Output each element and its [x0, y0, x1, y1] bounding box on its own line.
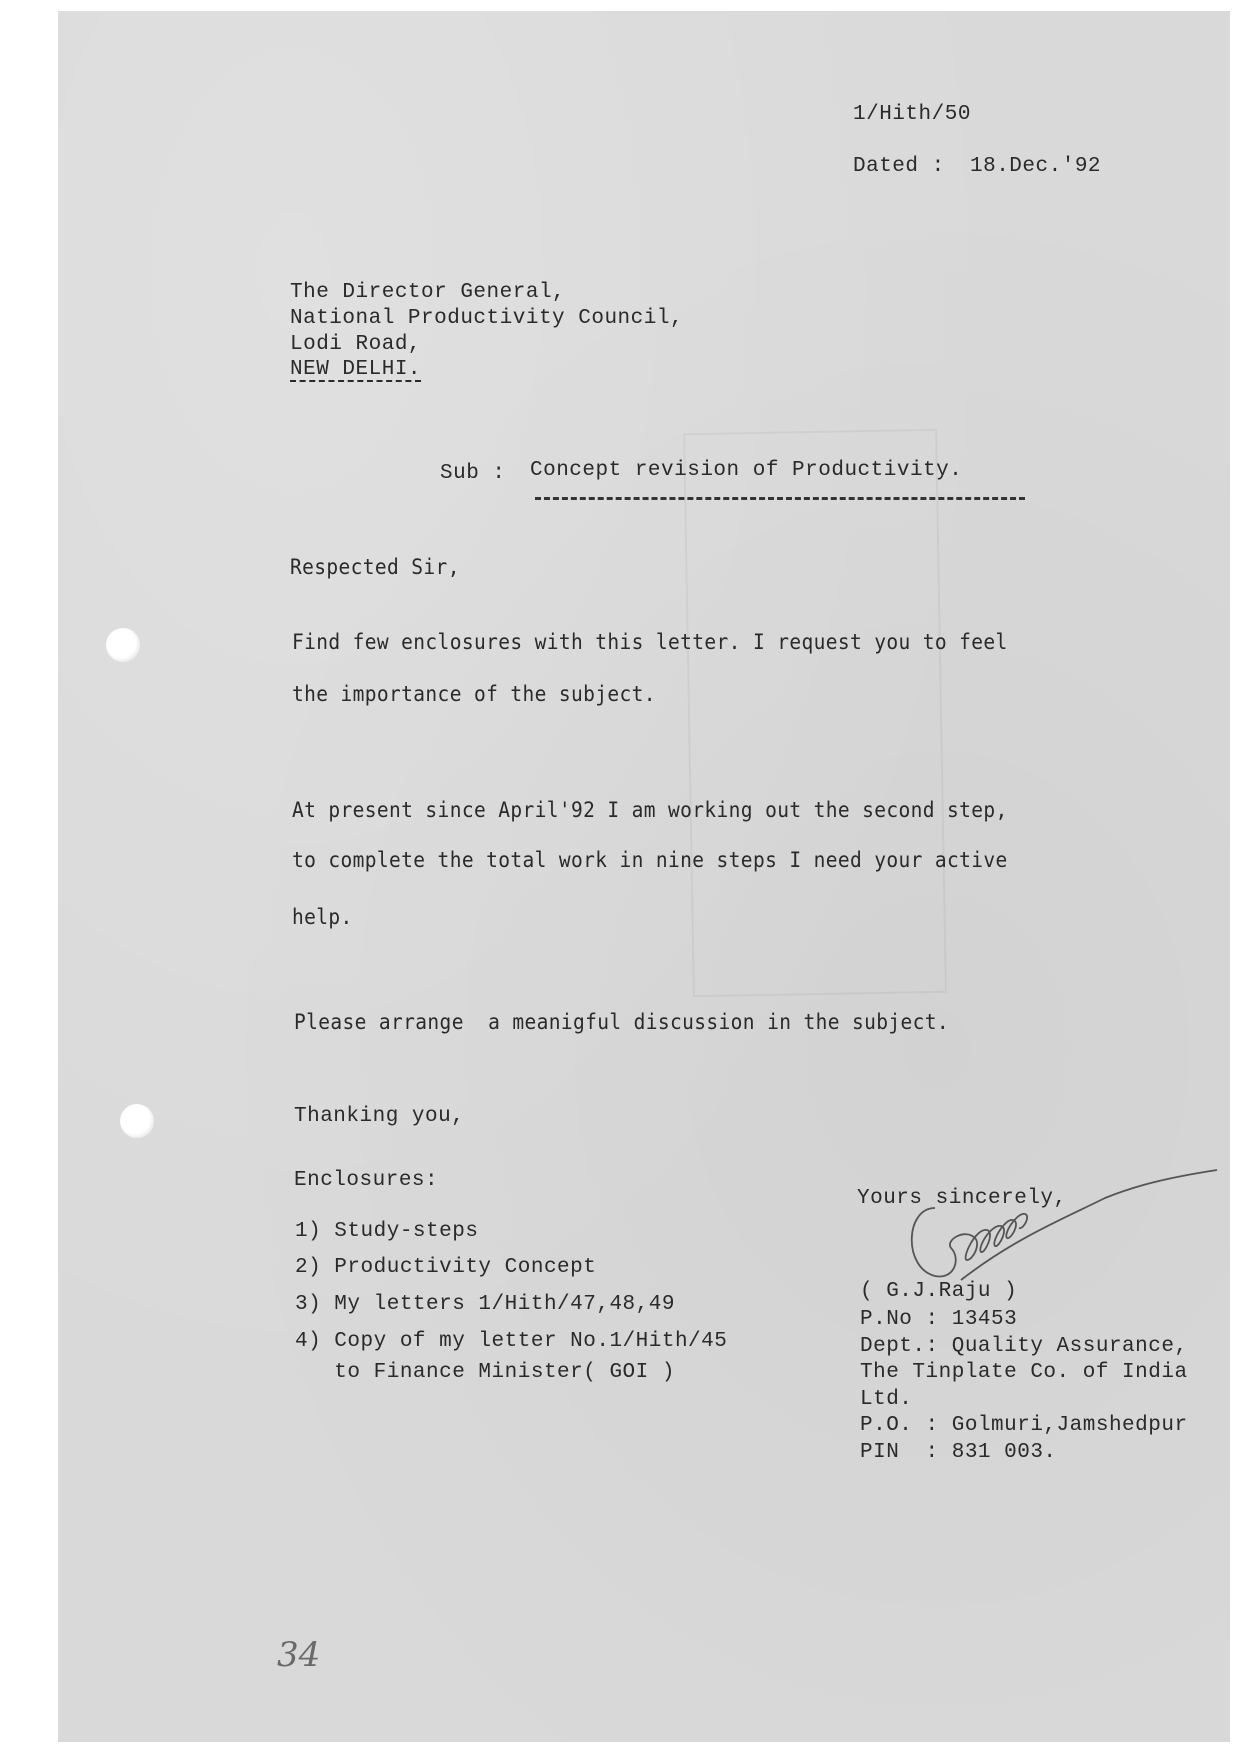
subject-label: Sub :: [440, 462, 506, 485]
sender-post-office: P.O. : Golmuri,Jamshedpur: [860, 1414, 1188, 1437]
enclosure-item-2: 2) Productivity Concept: [295, 1256, 596, 1279]
enclosure-item-1: 1) Study-steps: [295, 1220, 478, 1243]
enclosure-item-4-cont: to Finance Minister( GOI ): [295, 1361, 675, 1384]
enclosure-item-4: 4) Copy of my letter No.1/Hith/45: [295, 1330, 727, 1353]
enclosures-label: Enclosures:: [294, 1169, 438, 1192]
punch-hole-bottom: [120, 1104, 154, 1138]
sender-dept: Dept.: Quality Assurance,: [860, 1335, 1188, 1358]
salutation: Respected Sir,: [290, 555, 460, 579]
faint-background-stamp: [683, 429, 947, 997]
recipient-line-4: NEW DELHI.: [290, 358, 421, 381]
date-label: Dated :: [853, 155, 945, 178]
paragraph-2-line-3: help.: [292, 905, 353, 929]
enclosure-item-3: 3) My letters 1/Hith/47,48,49: [295, 1293, 675, 1316]
paragraph-1-line-1: Find few enclosures with this letter. I …: [292, 630, 1008, 654]
closing: Thanking you,: [294, 1105, 464, 1128]
reference-number: 1/Hith/50: [853, 103, 971, 126]
subject-text: Concept revision of Productivity.: [530, 459, 962, 482]
sender-pin: PIN : 831 003.: [860, 1441, 1057, 1464]
paragraph-3-line-1: Please arrange a meanigful discussion in…: [294, 1010, 949, 1034]
scanned-letter-page: [58, 11, 1230, 1742]
recipient-line-3: Lodi Road,: [290, 333, 421, 356]
subject-underline: [535, 497, 1025, 500]
punch-hole-top: [106, 628, 140, 662]
date-value: 18.Dec.'92: [970, 155, 1101, 178]
recipient-line-2: National Productivity Council,: [290, 307, 683, 330]
sender-company-line-2: Ltd.: [860, 1388, 912, 1411]
handwritten-signature: [895, 1168, 1225, 1288]
handwritten-page-number: 34: [277, 1635, 320, 1675]
paragraph-2-line-1: At present since April'92 I am working o…: [292, 798, 1008, 822]
paragraph-1-line-2: the importance of the subject.: [292, 682, 656, 706]
sender-company-line-1: The Tinplate Co. of India: [860, 1361, 1188, 1384]
recipient-line-1: The Director General,: [290, 281, 565, 304]
sender-name: ( G.J.Raju ): [860, 1280, 1017, 1303]
paragraph-2-line-2: to complete the total work in nine steps…: [292, 848, 1008, 872]
sender-pno: P.No : 13453: [860, 1308, 1017, 1331]
